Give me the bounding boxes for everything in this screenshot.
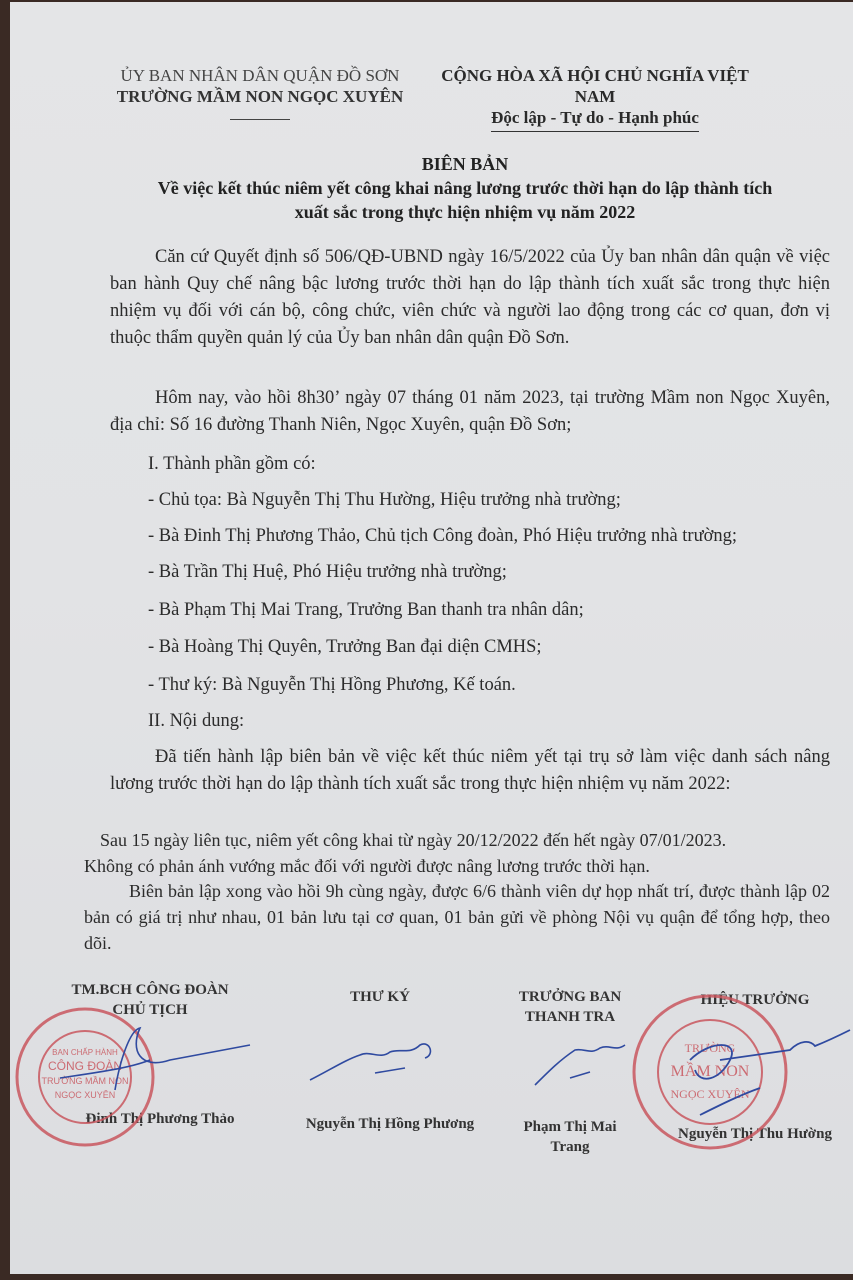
school-stamp: TRƯỜNG MẦM NON NGỌC XUYÊN [634,996,786,1148]
inspection-signature [535,1045,625,1085]
stamps-and-signatures: BAN CHẤP HÀNH CÔNG ĐOÀN TRƯỜNG MẦM NON N… [0,0,853,1280]
svg-text:BAN CHẤP HÀNH: BAN CHẤP HÀNH [52,1047,118,1057]
union-stamp: BAN CHẤP HÀNH CÔNG ĐOÀN TRƯỜNG MẦM NON N… [17,1009,153,1145]
svg-text:NGỌC XUYÊN: NGỌC XUYÊN [671,1087,750,1101]
secretary-signature [310,1044,430,1080]
svg-text:NGỌC XUYÊN: NGỌC XUYÊN [55,1090,116,1100]
svg-text:MẦM NON: MẦM NON [671,1061,750,1080]
